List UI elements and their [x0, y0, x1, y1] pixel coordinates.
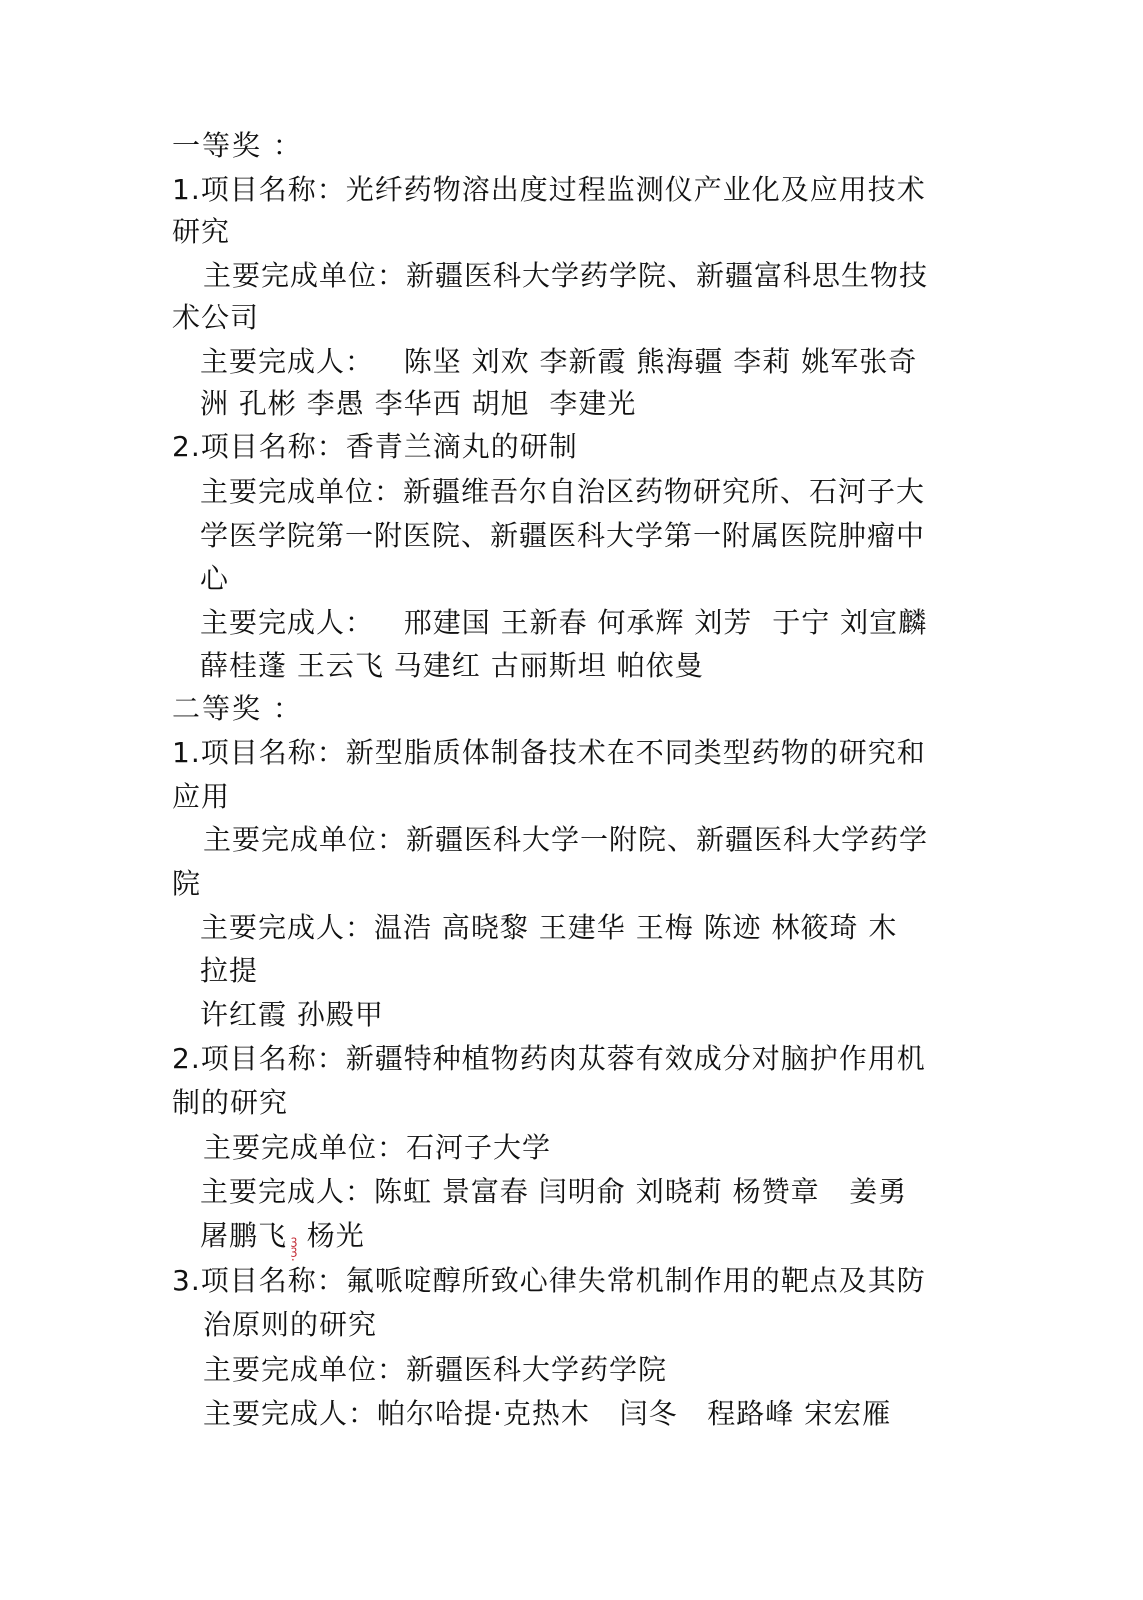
project-people-line: 主要完成人：陈虹 景富春 闫明俞 刘晓莉 杨赞章 姜勇	[200, 1174, 907, 1210]
project-title-line: 应用	[172, 779, 230, 815]
project-title-line: 1.项目名称：光纤药物溶出度过程监测仪产业化及应用技术	[172, 172, 926, 208]
project-units-line: 主要完成单位：新疆维吾尔自治区药物研究所、石河子大	[200, 474, 925, 510]
project-people-line: 主要完成人：温浩 高晓黎 王建华 王梅 陈迹 林筱琦 木	[200, 910, 897, 946]
project-people-line: 薛桂蓬 王云飞 马建红 古丽斯坦 帕依曼	[200, 648, 704, 684]
project-people-line: 屠鹏飞 杨光	[200, 1218, 365, 1254]
scanned-document-page: 一等奖 ： 1.项目名称：光纤药物溶出度过程监测仪产业化及应用技术 研究 主要完…	[0, 0, 1143, 1600]
project-units-line: 心	[200, 561, 229, 597]
project-people-line: 主要完成人： 陈坚 刘欢 李新霞 熊海疆 李莉 姚军张奇	[200, 344, 917, 380]
project-units-line: 主要完成单位：石河子大学	[203, 1130, 551, 1166]
project-title-line: 研究	[172, 214, 230, 250]
section-heading-second-prize: 二等奖 ：	[172, 691, 303, 727]
project-people-line: 主要完成人：帕尔哈提·克热木 闫冬 程路峰 宋宏雁	[203, 1396, 891, 1432]
project-units-line: 主要完成单位：新疆医科大学一附院、新疆医科大学药学	[203, 822, 928, 858]
project-title-line: 治原则的研究	[203, 1307, 377, 1343]
project-title-line: 2.项目名称：香青兰滴丸的研制	[172, 429, 578, 465]
red-ink-mark: ꝫꝫ·	[291, 1235, 297, 1265]
project-people-line: 主要完成人： 邢建国 王新春 何承辉 刘芳 于宁 刘宣麟	[200, 605, 927, 641]
project-people-line: 许红霞 孙殿甲	[200, 997, 384, 1033]
project-title-line: 制的研究	[172, 1085, 288, 1121]
project-title-line: 1.项目名称：新型脂质体制备技术在不同类型药物的研究和	[172, 735, 926, 771]
section-heading-first-prize: 一等奖 ：	[172, 128, 303, 164]
project-units-line: 主要完成单位：新疆医科大学药学院	[203, 1352, 667, 1388]
project-units-line: 学医学院第一附医院、新疆医科大学第一附属医院肿瘤中	[200, 518, 925, 554]
project-units-line: 院	[172, 866, 201, 902]
project-units-line: 术公司	[172, 300, 259, 336]
project-people-line: 洲 孔彬 李愚 李华西 胡旭 李建光	[200, 386, 636, 422]
project-people-line: 拉提	[200, 953, 258, 989]
project-title-line: 3.项目名称：氟哌啶醇所致心律失常机制作用的靶点及其防	[172, 1263, 926, 1299]
project-title-line: 2.项目名称：新疆特种植物药肉苁蓉有效成分对脑护作用机	[172, 1041, 926, 1077]
project-units-line: 主要完成单位：新疆医科大学药学院、新疆富科思生物技	[203, 258, 928, 294]
